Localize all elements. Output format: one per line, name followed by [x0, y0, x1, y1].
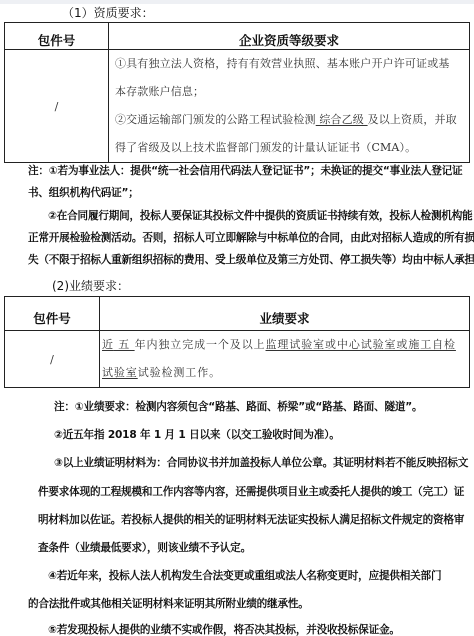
perf-line1: 近 五 年内独立完成一个及以上监理试验室或中心试验室或施工自检 [102, 331, 465, 359]
header-package-number: 包件号 [5, 23, 109, 50]
table-header-row: 包件号 企业资质等级要求 [5, 23, 470, 50]
note1-line2: 书、组织机构代码证”； [28, 185, 139, 200]
performance-table: 包件号 业绩要求 / 近 五 年内独立完成一个及以上监理试验室或中心试验室或施工… [4, 296, 470, 388]
perf-note5: ⑤若发现投标人提供的业绩不实或作假，将否决其投标，并没收投标保证金。 [48, 622, 400, 636]
perf-note4-line1: ④若近年来，投标人法人机构发生合法变更或重组或法人名称变更时，应提供相关部门 [48, 568, 441, 583]
req2-pre: ②交通运输部门颁发的公路工程试验检测 [115, 113, 316, 126]
perf-note4-line2: 的合法批件或其他相关证明材料来证明其所附业绩的继承性。 [28, 596, 309, 611]
qualification-requirements: ①具有独立法人资格，持有有效营业执照、基本账户开户许可证或基 本存款账户信息； … [109, 50, 470, 163]
perf-note3-line3: 明材料加以佐证。若投标人提供的相关的证明材料无法证实投标人满足招标文件规定的资格… [38, 512, 464, 527]
section-heading-qualification: （1）资质要求： [62, 4, 154, 21]
perf-note1: 注：①业绩要求：检测内容须包含“路基、路面、桥梁”或“路基、路面、隧道”。 [54, 399, 422, 414]
req1-line1: ①具有独立法人资格，持有有效营业执照、基本账户开户许可证或基 [115, 50, 465, 78]
note1-line1: 注：①若为事业法人：提供“统一社会信用代码法人登记证书”；未换证的提交“事业法人… [28, 163, 462, 178]
req2-line2: 得了省级及以上技术监督部门颁发的计量认证证书（CMA）。 [115, 134, 465, 162]
package-number-value: / [5, 331, 100, 388]
performance-requirements: 近 五 年内独立完成一个及以上监理试验室或中心试验室或施工自检 试验室试验检测工… [100, 331, 470, 388]
table-row: / 近 五 年内独立完成一个及以上监理试验室或中心试验室或施工自检 试验室试验检… [5, 331, 470, 388]
perf-note3-line1: ③以上业绩证明材料为：合同协议书并加盖投标人单位公章。其证明材料若不能反映招标文 [54, 455, 468, 470]
header-package-number: 包件号 [5, 297, 100, 331]
note2-line2: 正常开展检验检测活动。否则，招标人可立即解除与中标单位的合同，由此对招标人造成的… [28, 230, 474, 245]
perf-labs-line1: 监理试验室或中心试验室或施工自检 [266, 338, 456, 351]
table-row: / ①具有独立法人资格，持有有效营业执照、基本账户开户许可证或基 本存款账户信息… [5, 50, 470, 163]
section-heading-performance: (2)业绩要求： [52, 277, 129, 294]
header-performance-requirements: 业绩要求 [100, 297, 470, 331]
perf-note3-line4: 查条件（业绩最低要求），则该业绩不予认定。 [38, 540, 251, 555]
perf-labs-line2: 试验室 [102, 366, 138, 379]
qualification-table: 包件号 企业资质等级要求 / ①具有独立法人资格，持有有效营业执照、基本账户开户… [4, 22, 470, 163]
perf-years: 五 [114, 338, 135, 351]
table-header-row: 包件号 业绩要求 [5, 297, 470, 331]
note2-line1: ②在合同履行期间，投标人要保证其投标文件中提供的资质证书持续有效，投标人检测机构… [48, 208, 473, 223]
perf-pre: 近 [102, 338, 114, 351]
header-qualification-level: 企业资质等级要求 [109, 23, 470, 50]
perf-line2: 试验室试验检测工作。 [102, 359, 465, 387]
perf-note3-line2: 件要求体现的工程规模和工作内容等内容，还需提供项目业主或委托人提供的竣工（完工）… [38, 484, 464, 499]
perf-post: 试验检测工作。 [138, 366, 221, 379]
perf-mid: 年内独立完成一个及以上 [135, 338, 266, 351]
req1-line2: 本存款账户信息； [115, 78, 465, 106]
note2-line3: 失（不限于招标人重新组织招标的费用、受上级单位及第三方处罚、停工损失等）均由中标… [28, 252, 474, 267]
package-number-value: / [5, 50, 109, 163]
req2-grade: 综合乙级 [316, 113, 368, 126]
req2-line1: ②交通运输部门颁发的公路工程试验检测 综合乙级 及以上资质，并取 [115, 106, 465, 134]
req2-post: 及以上资质，并取 [368, 113, 457, 126]
perf-note2: ②近五年指 2018 年 1 月 1 日以来（以交工验收时间为准）。 [54, 427, 340, 442]
